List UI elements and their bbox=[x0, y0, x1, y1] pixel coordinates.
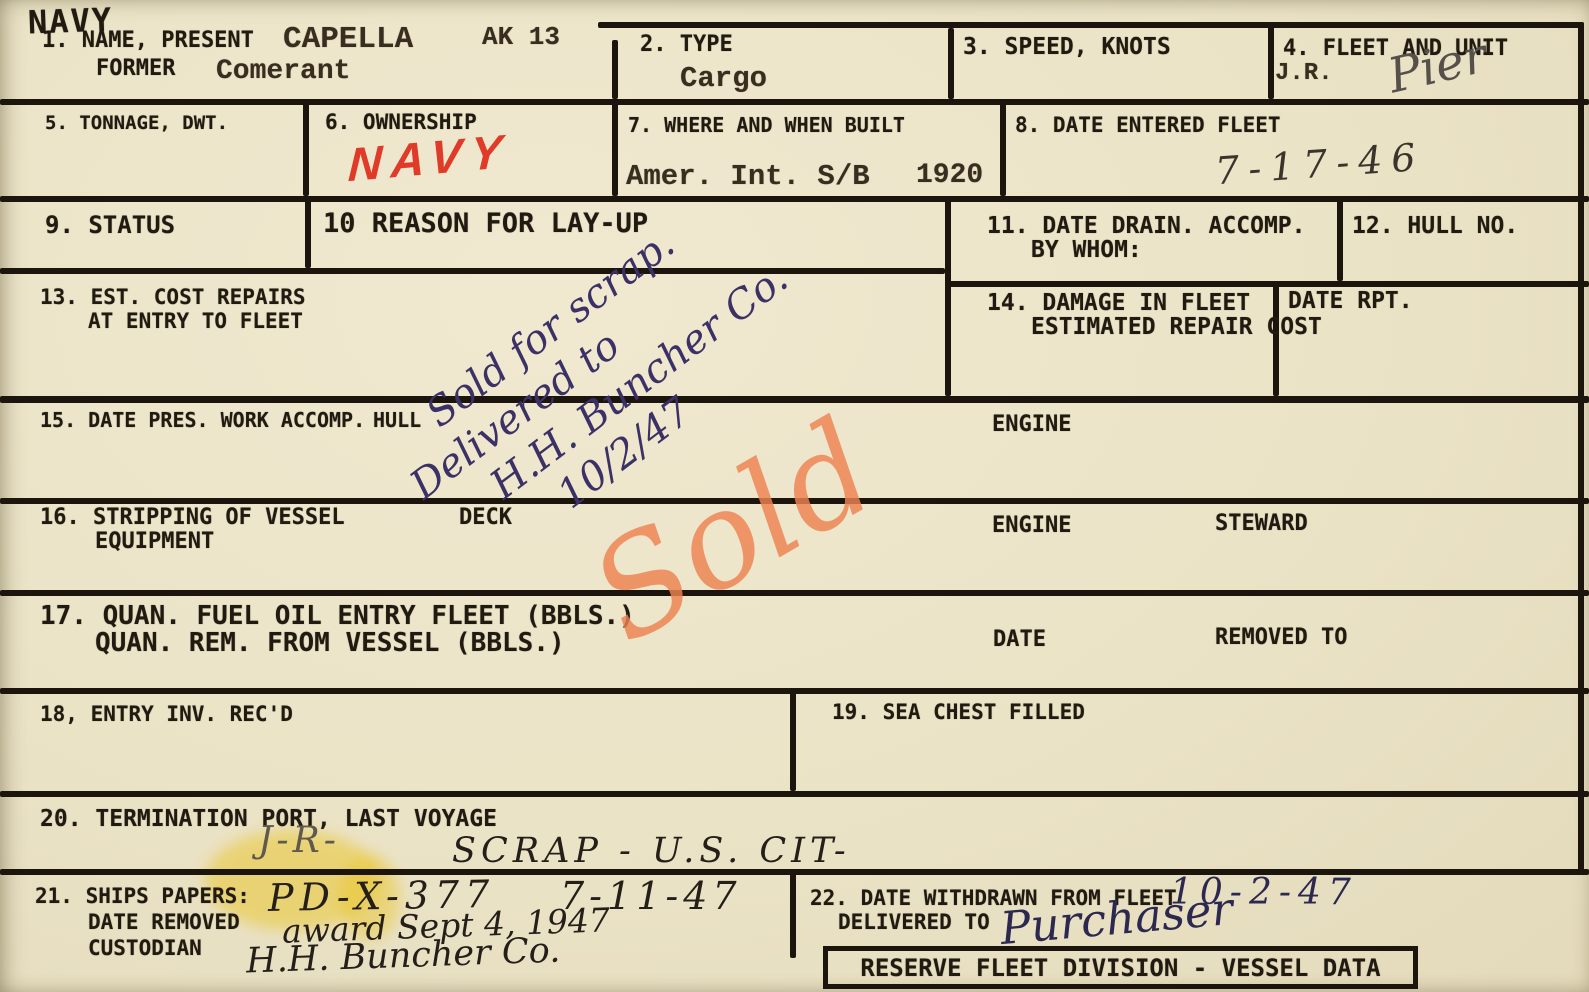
col-divider bbox=[1000, 99, 1006, 196]
field-8-label: 8. DATE ENTERED FLEET bbox=[1015, 113, 1281, 137]
termination-pencil-note: J-R- bbox=[258, 820, 340, 861]
field-21-label: 21. SHIPS PAPERS: bbox=[35, 884, 250, 908]
field-9-label: 9. STATUS bbox=[45, 211, 175, 239]
row-divider bbox=[0, 791, 1589, 797]
field-22-label2: DELIVERED TO bbox=[838, 910, 990, 934]
field-15-engine-label: ENGINE bbox=[992, 412, 1071, 437]
ship-name-former: Comerant bbox=[216, 56, 350, 87]
row-divider bbox=[0, 268, 945, 274]
row-divider bbox=[945, 281, 1589, 287]
col-divider bbox=[790, 688, 796, 791]
field-16-label: 16. STRIPPING OF VESSEL bbox=[40, 505, 345, 530]
field-16-engine-label: ENGINE bbox=[992, 513, 1071, 538]
card-top-edge bbox=[598, 22, 1584, 28]
field-11-label: 11. DATE DRAIN. ACCOMP. bbox=[987, 213, 1306, 239]
date-rpt-label: DATE RPT. bbox=[1288, 288, 1413, 314]
field-19-label: 19. SEA CHEST FILLED bbox=[832, 700, 1085, 724]
field-17-label: 17. QUAN. FUEL OIL ENTRY FLEET (BBLS.) bbox=[40, 601, 635, 631]
field-16-label2: EQUIPMENT bbox=[95, 529, 214, 554]
field-17-removed-to-label: REMOVED TO bbox=[1215, 625, 1347, 650]
col-divider bbox=[948, 28, 954, 99]
termination-handwritten: SCRAP - U.S. CIT- bbox=[452, 831, 851, 871]
field-21-label2: DATE REMOVED bbox=[88, 910, 240, 934]
row-divider bbox=[0, 396, 1589, 403]
field-21-label3: CUSTODIAN bbox=[88, 936, 202, 960]
field-12-label: 12. HULL NO. bbox=[1352, 213, 1518, 239]
field-13-label2: AT ENTRY TO FLEET bbox=[88, 309, 303, 333]
row-divider bbox=[0, 196, 1589, 202]
field-14-label: 14. DAMAGE IN FLEET bbox=[987, 290, 1250, 316]
field-17-date-label: DATE bbox=[993, 627, 1046, 652]
built-year-value: 1920 bbox=[916, 160, 983, 191]
field-14-label2: ESTIMATED REPAIR COST bbox=[1031, 314, 1322, 340]
built-where-value: Amer. Int. S/B bbox=[626, 160, 870, 193]
field-2-label: 2. TYPE bbox=[640, 32, 733, 57]
field-13-label: 13. EST. COST REPAIRS bbox=[40, 285, 306, 309]
card-right-edge bbox=[1578, 22, 1584, 875]
ship-name-present: CAPELLA bbox=[283, 22, 413, 57]
ship-type-value: Cargo bbox=[680, 62, 767, 95]
field-3-label: 3. SPEED, KNOTS bbox=[963, 34, 1171, 60]
field-1-former-label: FORMER bbox=[96, 56, 175, 81]
row-divider bbox=[0, 590, 1589, 596]
col-divider bbox=[612, 99, 618, 196]
field-1-label: 1. NAME, PRESENT bbox=[42, 28, 254, 53]
col-divider bbox=[790, 869, 796, 958]
field-10-label: 10 REASON FOR LAY-UP bbox=[323, 208, 648, 239]
field-7-label: 7. WHERE AND WHEN BUILT bbox=[628, 113, 905, 137]
col-divider bbox=[1337, 196, 1343, 281]
row-divider bbox=[0, 99, 1589, 105]
vessel-data-card: NAVY 1. NAME, PRESENT FORMER CAPELLA AK … bbox=[0, 0, 1589, 992]
footer-box: RESERVE FLEET DIVISION - VESSEL DATA bbox=[823, 946, 1418, 989]
fleet-unit-value: J.R. bbox=[1275, 60, 1333, 87]
field-11-label2: BY WHOM: bbox=[1031, 237, 1142, 263]
date-entered-handwritten: 7-17-46 bbox=[1214, 135, 1426, 194]
col-divider bbox=[612, 40, 618, 99]
col-divider bbox=[303, 99, 309, 196]
field-5-label: 5. TONNAGE, DWT. bbox=[45, 112, 228, 134]
ship-designation: AK 13 bbox=[482, 22, 560, 52]
col-divider bbox=[305, 196, 311, 268]
field-16-steward-label: STEWARD bbox=[1215, 511, 1308, 536]
col-divider bbox=[1268, 26, 1274, 99]
field-18-label: 18, ENTRY INV. REC'D bbox=[40, 702, 293, 726]
field-17-label2: QUAN. REM. FROM VESSEL (BBLS.) bbox=[95, 628, 565, 658]
footer-title: RESERVE FLEET DIVISION - VESSEL DATA bbox=[860, 954, 1380, 982]
col-divider bbox=[945, 196, 951, 396]
field-15-label: 15. DATE PRES. WORK ACCOMP. bbox=[40, 408, 365, 432]
